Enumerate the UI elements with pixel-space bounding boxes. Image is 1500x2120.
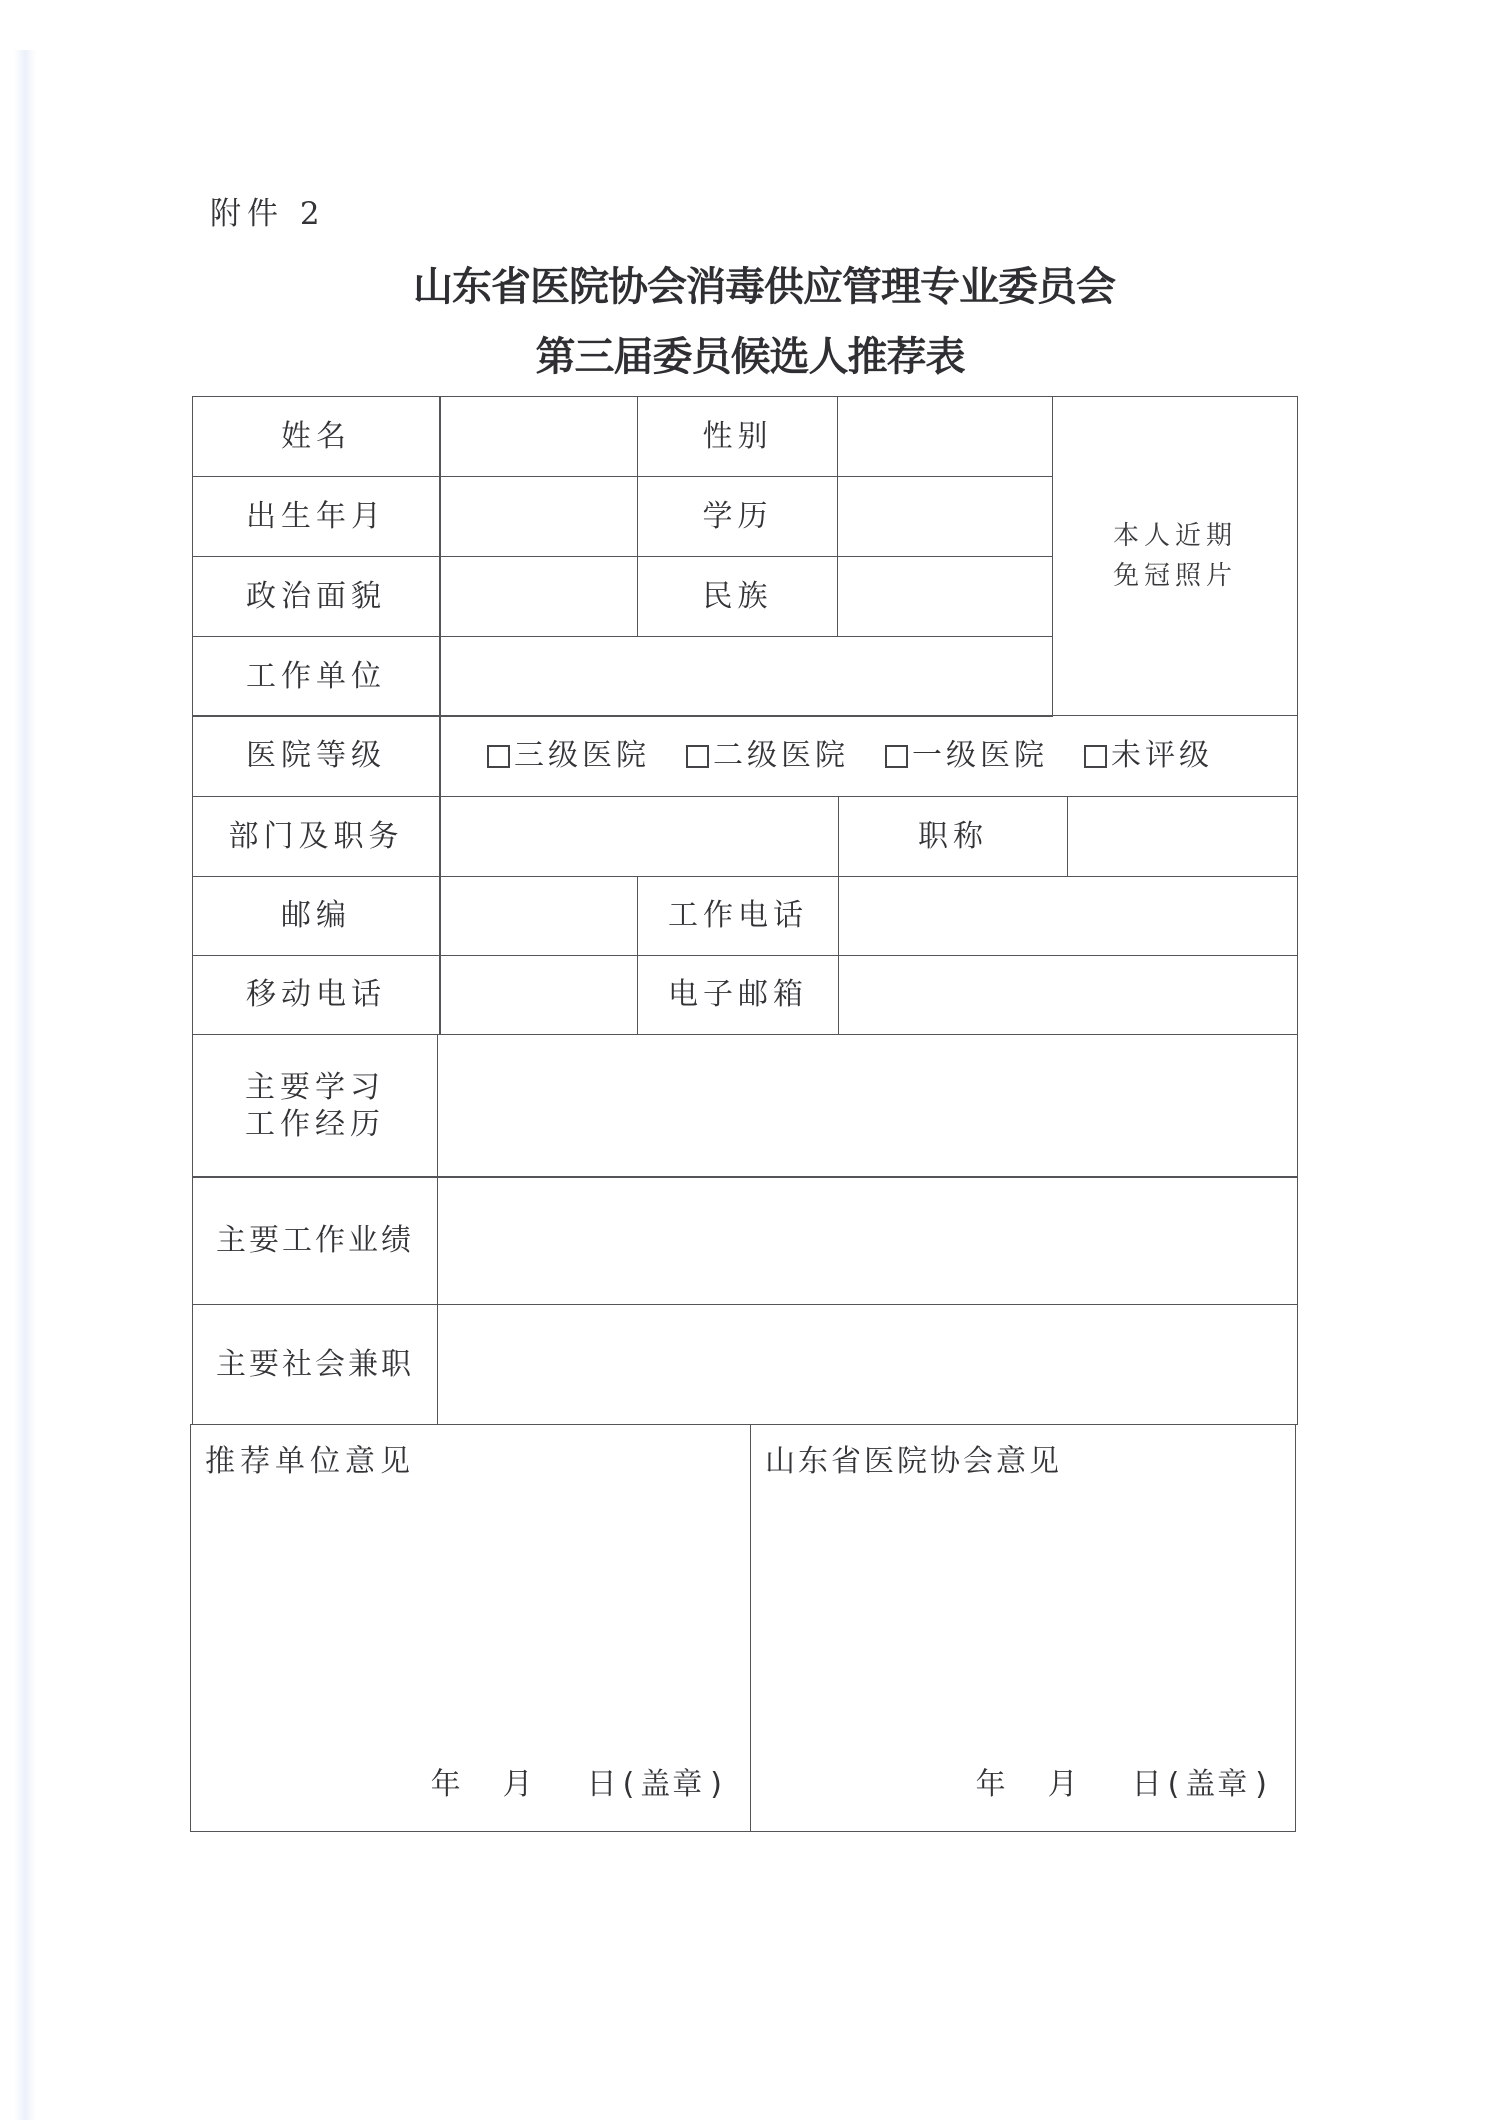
experience-label-line2: 工作经历	[245, 1106, 385, 1144]
email-field[interactable]	[838, 955, 1298, 1035]
political-label-text: 政治面貌	[246, 578, 386, 616]
grade-option-label: 一级医院	[912, 737, 1048, 775]
postcode-label: 邮编	[192, 876, 440, 956]
work-phone-label: 工作电话	[637, 876, 839, 956]
checkbox-icon[interactable]	[686, 745, 709, 768]
name-field[interactable]	[440, 396, 638, 477]
mobile-label: 移动电话	[192, 955, 440, 1035]
experience-field[interactable]	[437, 1034, 1298, 1178]
grade-option-label: 二级医院	[713, 737, 849, 775]
political-label: 政治面貌	[192, 556, 440, 637]
ethnicity-label-text: 民族	[703, 578, 773, 616]
email-label: 电子邮箱	[637, 955, 839, 1035]
achievements-label-text: 主要工作业绩	[216, 1222, 414, 1260]
seal-label: 盖章	[640, 1766, 704, 1804]
gender-label-text: 性别	[703, 418, 773, 456]
day-label: 日	[587, 1766, 617, 1804]
month-label: 月	[1048, 1766, 1078, 1804]
name-label-text: 姓名	[281, 418, 351, 456]
experience-label-line1: 主要学习	[245, 1069, 385, 1107]
achievements-label: 主要工作业绩	[192, 1176, 438, 1305]
photo-placeholder-line2: 免冠照片	[1113, 556, 1237, 596]
association-date-seal: 年 月 日 (盖章)	[976, 1766, 1273, 1804]
seal-label: 盖章	[1185, 1766, 1249, 1804]
checkbox-icon[interactable]	[885, 745, 908, 768]
year-label: 年	[431, 1766, 461, 1804]
professional-title-field[interactable]	[1067, 796, 1298, 877]
grade-option-unrated[interactable]: 未评级	[1084, 737, 1213, 775]
dept-position-label-text: 部门及职务	[229, 818, 404, 856]
work-phone-field[interactable]	[838, 876, 1298, 956]
experience-label: 主要学习 工作经历	[192, 1034, 438, 1178]
birth-label: 出生年月	[192, 476, 440, 557]
work-phone-label-text: 工作电话	[668, 897, 808, 935]
professional-title-label-text: 职称	[918, 818, 988, 856]
recommender-opinion-title: 推荐单位意见	[205, 1443, 415, 1481]
name-label: 姓名	[192, 396, 440, 477]
grade-option-label: 未评级	[1111, 737, 1213, 775]
recommender-date-seal: 年 月 日 (盖章)	[431, 1766, 728, 1804]
professional-title-label: 职称	[838, 796, 1068, 877]
email-label-text: 电子邮箱	[668, 976, 808, 1014]
ethnicity-label: 民族	[637, 556, 838, 637]
dept-position-label: 部门及职务	[192, 796, 440, 877]
recommendation-form: 姓名 性别 本人近期 免冠照片 出生年月 学历 政治面貌 民族 工作单位 医院等…	[0, 0, 1500, 2120]
checkbox-icon[interactable]	[1084, 745, 1107, 768]
education-field[interactable]	[837, 476, 1053, 557]
grade-option-level2[interactable]: 二级医院	[686, 737, 849, 775]
mobile-label-text: 移动电话	[246, 976, 386, 1014]
photo-placeholder-line1: 本人近期	[1113, 516, 1237, 556]
hospital-grade-options: 三级医院 二级医院 一级医院 未评级	[440, 715, 1298, 797]
education-label: 学历	[637, 476, 838, 557]
checkbox-icon[interactable]	[487, 745, 510, 768]
photo-placeholder: 本人近期 免冠照片	[1113, 516, 1237, 597]
political-field[interactable]	[440, 556, 638, 637]
ethnicity-field[interactable]	[837, 556, 1053, 637]
grade-option-level1[interactable]: 一级医院	[885, 737, 1048, 775]
grade-option-level3[interactable]: 三级医院	[487, 737, 650, 775]
day-label: 日	[1132, 1766, 1162, 1804]
education-label-text: 学历	[703, 498, 773, 536]
gender-field[interactable]	[837, 396, 1053, 477]
association-opinion-box[interactable]: 山东省医院协会意见 年 月 日 (盖章)	[750, 1424, 1296, 1832]
workplace-label-text: 工作单位	[246, 658, 386, 696]
month-label: 月	[503, 1766, 533, 1804]
hospital-grade-label-text: 医院等级	[246, 737, 386, 775]
mobile-field[interactable]	[440, 955, 638, 1035]
dept-position-field[interactable]	[440, 796, 839, 877]
recommender-opinion-box[interactable]: 推荐单位意见 年 月 日 (盖章)	[190, 1424, 751, 1832]
year-label: 年	[976, 1766, 1006, 1804]
achievements-field[interactable]	[437, 1176, 1298, 1305]
social-roles-label: 主要社会兼职	[192, 1304, 438, 1425]
workplace-label: 工作单位	[192, 636, 440, 717]
social-roles-label-text: 主要社会兼职	[216, 1346, 414, 1384]
birth-label-text: 出生年月	[246, 498, 386, 536]
photo-box[interactable]: 本人近期 免冠照片	[1052, 396, 1298, 716]
association-opinion-title: 山东省医院协会意见	[765, 1443, 1062, 1481]
postcode-field[interactable]	[440, 876, 638, 956]
gender-label: 性别	[637, 396, 838, 477]
postcode-label-text: 邮编	[281, 897, 351, 935]
social-roles-field[interactable]	[437, 1304, 1298, 1425]
workplace-field[interactable]	[440, 636, 1053, 717]
birth-field[interactable]	[440, 476, 638, 557]
grade-option-label: 三级医院	[514, 737, 650, 775]
hospital-grade-label: 医院等级	[192, 715, 440, 797]
